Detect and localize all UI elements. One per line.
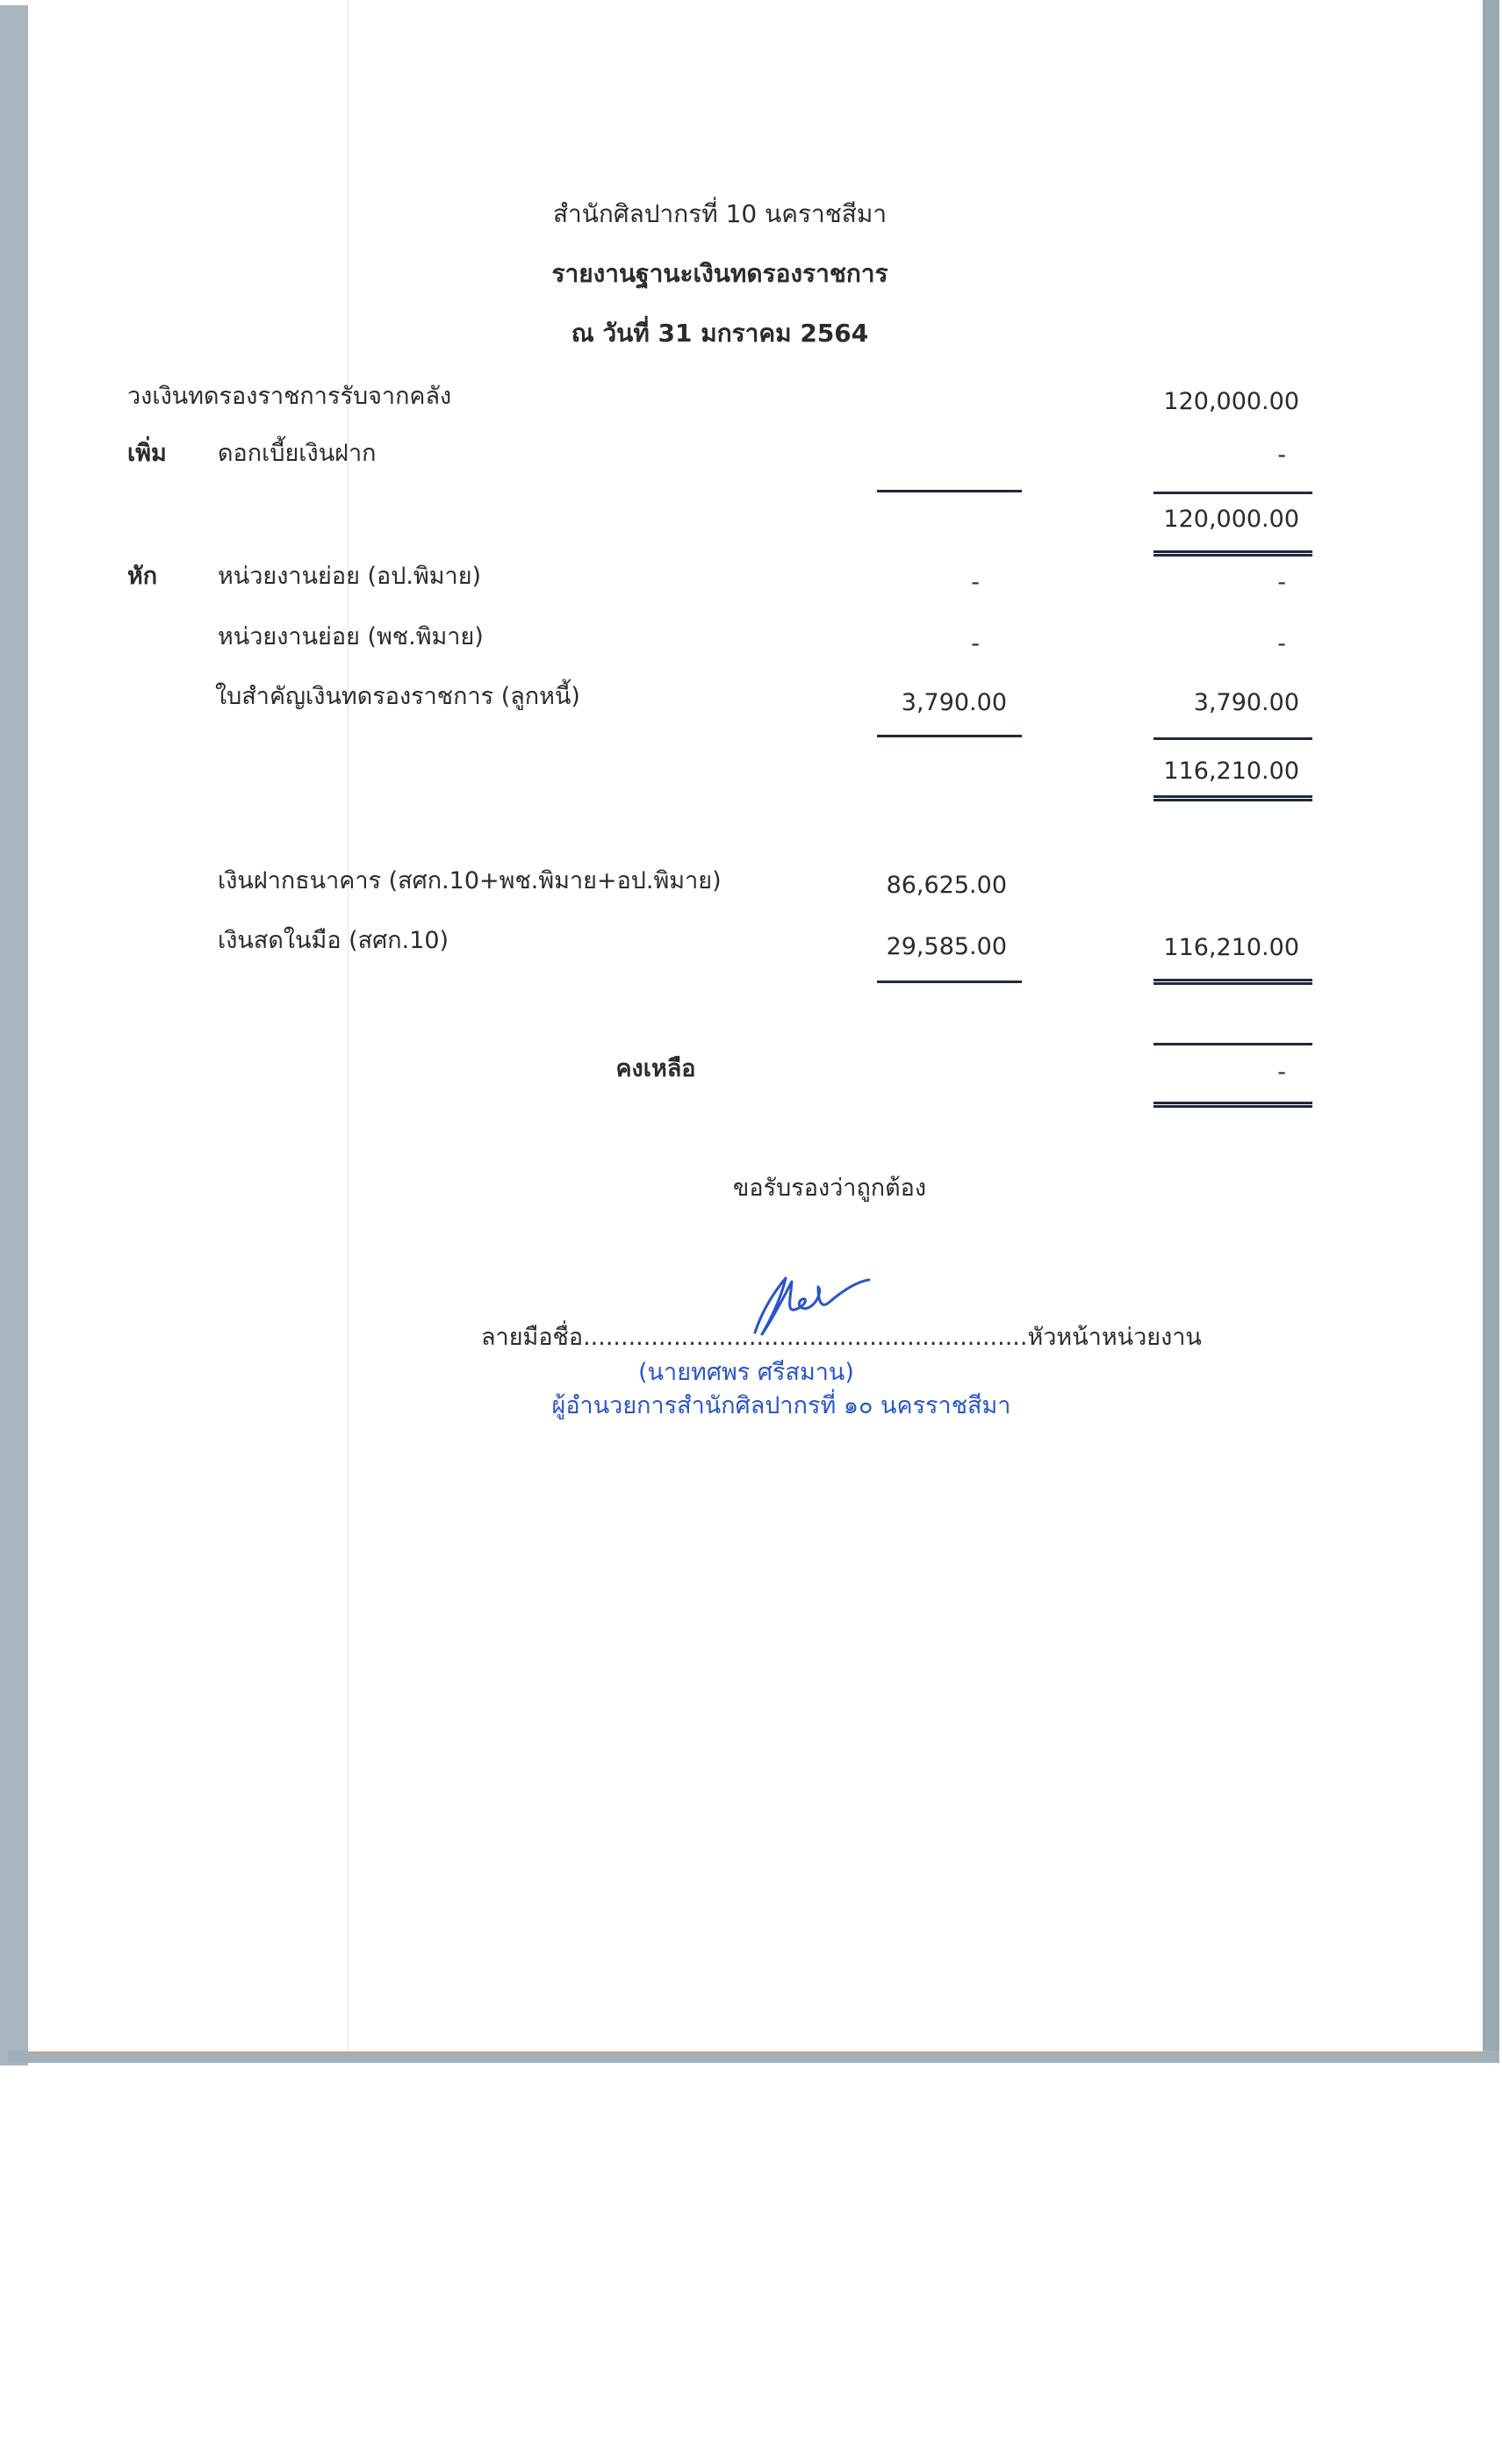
signer-title: ผู้อำนวยการสำนักศิลปากรที่ ๑๐ นครราชสีมา <box>552 1394 1011 1418</box>
cash-on-hand-label: เงินสดในมือ (สศก.10) <box>218 929 449 952</box>
subtotal2-total: 116,210.00 <box>1163 759 1299 783</box>
deduct-2-amount: - <box>971 632 980 656</box>
bank-deposit-label: เงินฝากธนาคาร (สศก.10+พช.พิมาย+อป.พิมาย) <box>218 869 722 893</box>
add-prefix: เพิ่ม <box>127 442 167 465</box>
right-column-rule <box>1153 1043 1312 1045</box>
double-rule <box>1153 979 1312 985</box>
deduct-1-amount: - <box>971 571 980 594</box>
middle-column-rule <box>877 981 1022 983</box>
double-rule <box>1153 550 1312 557</box>
advance-limit-total: 120,000.00 <box>1163 390 1299 413</box>
report-title: รายงานฐานะเงินทดรองราชการ <box>551 262 888 286</box>
balance-label: คงเหลือ <box>615 1057 695 1081</box>
position-label: หัวหน้าหน่วยงาน <box>1027 1324 1201 1351</box>
bank-deposit-amount: 86,625.00 <box>887 873 1007 897</box>
subtotal1-total: 120,000.00 <box>1163 507 1299 531</box>
deduct-2-total: - <box>1277 632 1286 656</box>
scan-frame-right <box>1483 0 1499 2061</box>
right-column-rule <box>1153 737 1312 740</box>
scan-frame-bottom <box>8 2051 1499 2063</box>
org-title: สำนักศิลปากรที่ 10 นคราชสีมา <box>553 202 887 226</box>
add-interest-total: - <box>1277 443 1286 467</box>
scan-frame-left <box>0 5 28 2065</box>
certification-statement: ขอรับรองว่าถูกต้อง <box>733 1176 926 1200</box>
cash-on-hand-amount: 29,585.00 <box>887 935 1007 959</box>
signature-dots: ........................................… <box>583 1324 1027 1351</box>
cash-total: 116,210.00 <box>1163 936 1299 959</box>
middle-column-rule <box>877 735 1022 737</box>
deduct-prefix: หัก <box>127 564 157 588</box>
right-column-rule <box>1153 492 1312 494</box>
deduct-1-total: - <box>1277 571 1286 594</box>
report-date: ณ วันที่ 31 มกราคม 2564 <box>571 321 869 346</box>
document-page <box>28 0 1483 2051</box>
scan-fold-line <box>348 0 349 2051</box>
double-rule <box>1153 795 1312 801</box>
signer-name: (นายทศพร ศรีสมาน) <box>638 1361 854 1384</box>
deduct-3-label: ใบสำคัญเงินทดรองราชการ (ลูกหนี้) <box>215 685 580 708</box>
advance-limit-label: วงเงินทดรองราชการรับจากคลัง <box>127 384 451 408</box>
signature-label: ลายมือชื่อ <box>481 1324 583 1351</box>
add-interest-label: ดอกเบี้ยเงินฝาก <box>218 442 376 465</box>
deduct-3-total: 3,790.00 <box>1194 691 1299 715</box>
balance-total: - <box>1277 1060 1286 1084</box>
signature-line: ลายมือชื่อ..............................… <box>481 1325 1202 1349</box>
double-rule <box>1153 1102 1312 1108</box>
middle-column-rule <box>877 490 1022 492</box>
deduct-3-amount: 3,790.00 <box>902 691 1007 715</box>
deduct-1-label: หน่วยงานย่อย (อป.พิมาย) <box>218 564 481 588</box>
deduct-2-label: หน่วยงานย่อย (พช.พิมาย) <box>218 625 484 649</box>
